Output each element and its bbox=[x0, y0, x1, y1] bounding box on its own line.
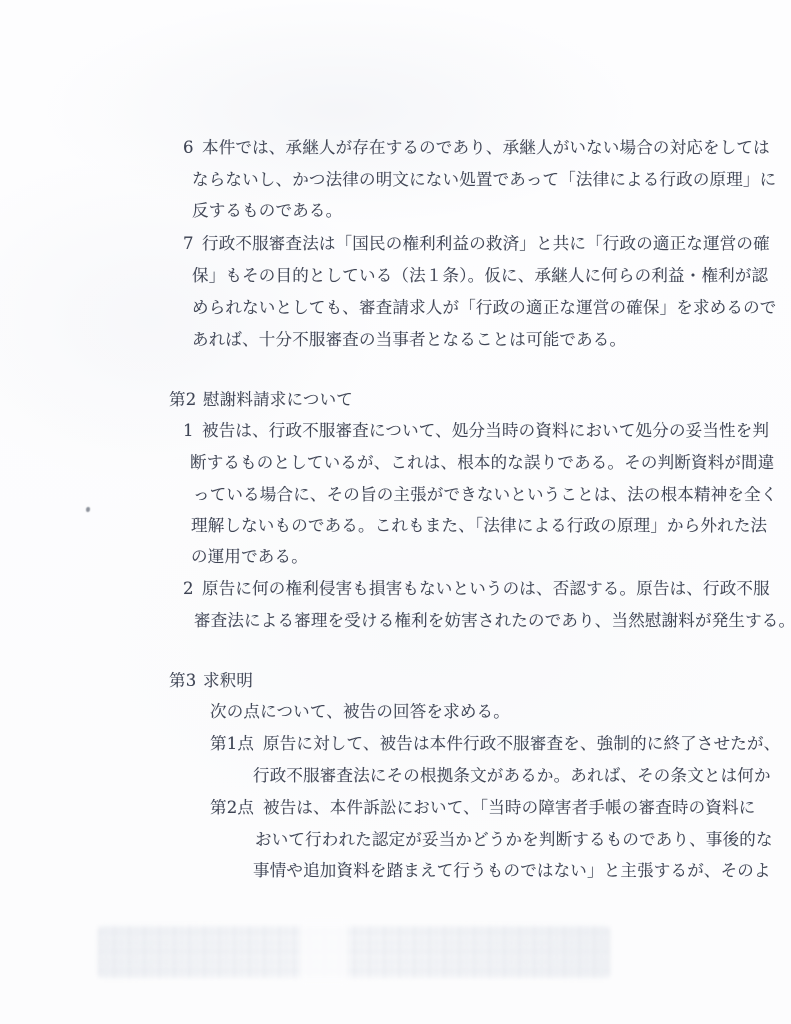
item-7-line-2: 保」もその目的としている（法１条）。仮に、承継人に何らの利益・権利が認 bbox=[192, 265, 768, 287]
section-number: 第2 bbox=[169, 389, 203, 411]
point-2-line-1: 第2点被告は、本件訴訟において、「当時の障害者手帳の審査時の資料に bbox=[210, 797, 755, 819]
section-3-heading: 第3求釈明 bbox=[169, 670, 253, 692]
section-title: 慰謝料請求について bbox=[203, 390, 353, 409]
s2-item-2-line-1: 2原告に何の権利侵害も損害もないというのは、否認する。原告は、行政不服 bbox=[183, 578, 770, 600]
scanned-page: 6本件では、承継人が存在するのであり、承継人がいない場合の対応をしては ならない… bbox=[0, 0, 791, 1024]
item-number: 1 bbox=[183, 420, 202, 442]
point-label: 第1点 bbox=[210, 733, 263, 755]
item-text: 被告は、行政不服審査について、処分当時の資料において処分の妥当性を判 bbox=[202, 421, 769, 440]
point-2-line-2: おいて行われた認定が妥当かどうかを判断するものであり、事後的な bbox=[255, 829, 773, 851]
ink-speck bbox=[86, 507, 90, 512]
page-bleed-through bbox=[98, 926, 610, 978]
s2-item-1-line-3: っている場合に、その旨の主張ができないということは、法の根本精神を全く bbox=[193, 484, 778, 506]
item-7-line-4: あれば、十分不服審査の当事者となることは可能である。 bbox=[192, 329, 626, 351]
s2-item-1-line-1: 1被告は、行政不服審査について、処分当時の資料において処分の妥当性を判 bbox=[183, 420, 769, 442]
point-1-line-1: 第1点原告に対して、被告は本件行政不服審査を、強制的に終了させたが、 bbox=[210, 733, 780, 755]
item-6-line-3: 反するものである。 bbox=[192, 200, 342, 222]
item-text: 原告に何の権利侵害も損害もないというのは、否認する。原告は、行政不服 bbox=[202, 579, 770, 598]
section-number: 第3 bbox=[169, 670, 203, 692]
s2-item-1-line-4: 理解しないものである。これもまた、「法律による行政の原理」から外れた法 bbox=[191, 515, 767, 537]
item-text: 本件では、承継人が存在するのであり、承継人がいない場合の対応をしては bbox=[202, 138, 770, 157]
item-7-line-3: められないとしても、審査請求人が「行政の適正な運営の確保」を求めるので bbox=[192, 297, 777, 319]
item-text: 行政不服審査法は「国民の権利利益の救済」と共に「行政の適正な運営の確 bbox=[202, 234, 770, 253]
section-title: 求釈明 bbox=[203, 671, 253, 690]
point-label: 第2点 bbox=[210, 797, 263, 819]
item-6-line-1: 6本件では、承継人が存在するのであり、承継人がいない場合の対応をしては bbox=[183, 137, 770, 159]
point-1-line-2: 行政不服審査法にその根拠条文があるか。あれば、その条文とは何か bbox=[253, 765, 771, 787]
item-6-line-2: ならないし、かつ法律の明文にない処置であって「法律による行政の原理」に bbox=[192, 169, 776, 191]
s2-item-1-line-5: の運用である。 bbox=[191, 546, 308, 568]
s2-item-1-line-2: 断するものとしているが、これは、根本的な誤りである。その判断資料が間違 bbox=[190, 452, 775, 474]
item-number: 2 bbox=[183, 578, 202, 600]
point-text: 原告に対して、被告は本件行政不服審査を、強制的に終了させたが、 bbox=[263, 734, 780, 753]
point-2-line-3: 事情や追加資料を踏まえて行うものではない」と主張するが、そのよ bbox=[253, 860, 771, 882]
page-bleed-through-gap bbox=[300, 922, 348, 982]
section-3-intro: 次の点について、被告の回答を求める。 bbox=[210, 701, 510, 723]
point-text: 被告は、本件訴訟において、「当時の障害者手帳の審査時の資料に bbox=[263, 798, 755, 817]
s2-item-2-line-2: 審査法による審理を受ける権利を妨害されたのであり、当然慰謝料が発生する。 bbox=[194, 610, 791, 632]
section-2-heading: 第2慰謝料請求について bbox=[169, 389, 353, 411]
item-number: 6 bbox=[183, 137, 202, 159]
item-7-line-1: 7行政不服審査法は「国民の権利利益の救済」と共に「行政の適正な運営の確 bbox=[183, 233, 770, 255]
item-number: 7 bbox=[183, 233, 202, 255]
